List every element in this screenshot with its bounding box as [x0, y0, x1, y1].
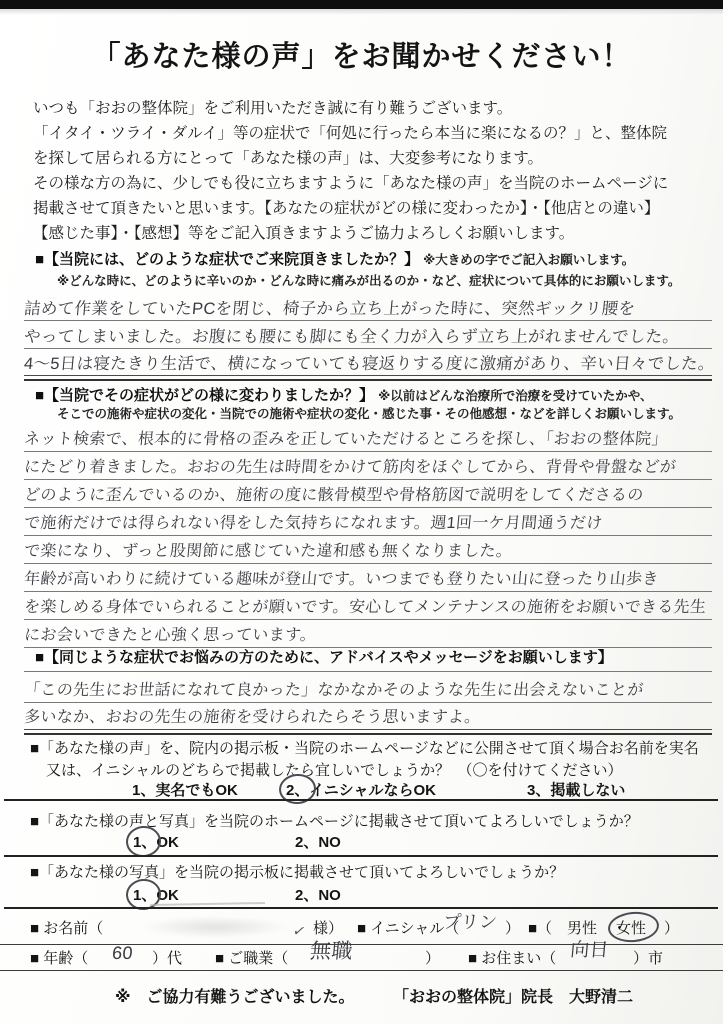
question2-title: ■【当院でその症状がどの様に変わりましたか？】	[35, 387, 374, 404]
handwritten-text: やってしまいました。お腹にも腰にも脚にも全く力が入らず立ち上がれませんでした。	[23, 328, 680, 348]
field-row-underline	[0, 944, 723, 945]
intro-line: 【感じた事】・【感想】等をご記入頂きますようご協力よろしくお願いします。	[33, 221, 701, 246]
question3-header: ■【同じような症状でお悩みの方のために、アドバイスやメッセージをお願いします】	[35, 646, 613, 667]
question2-note: ※以前はどんな治療所で治療を受けていたかや、	[378, 389, 652, 403]
double-rule	[24, 729, 712, 735]
intro-line: を探して居られる方にとって「あなた様の声」は、大変参考になります。	[33, 146, 701, 171]
gender-field-close: ）	[664, 917, 679, 938]
footer-thanks: ※ ご協力有難うございました。	[115, 984, 355, 1007]
name-field-suffix: 様）	[313, 917, 343, 938]
scan-edge-artifact	[0, 0, 723, 9]
scanned-survey-page: 「あなた様の声」をお聞かせください！ いつも「おおの整体院」をご利用いただき誠に…	[0, 0, 723, 1024]
consent-name-line2: 又は、イニシャルのどちらで掲載したら宜しいでしょうか？ （〇を付けてください）	[46, 759, 622, 780]
age-field-label: ■ 年齢（	[30, 947, 88, 968]
erased-name-smudge	[140, 916, 290, 938]
answer-line: で楽になり、ずっと股関節に感じていた違和感も無くなりました。	[24, 536, 712, 564]
name-field-label: ■ お名前（	[30, 917, 103, 938]
intro-paragraph: いつも「おおの整体院」をご利用いただき誠に有り難うございます。 「イタイ・ツライ…	[33, 96, 701, 246]
question3-title: ■【同じような症状でお悩みの方のために、アドバイスやメッセージをお願いします】	[35, 649, 613, 666]
handwritten-text: 「この先生にお世話になれて良かった」なかなかそのような先生に出会えないことが	[23, 682, 644, 702]
answer-line: どのように歪んでいるのか、施術の度に骸骨模型や骨格筋図で説明をしてくださるの	[24, 480, 712, 508]
question1-answer-area: 詰めて作業をしていたPCを閉じ、椅子から立ち上がった時に、突然ギックリ腰を やっ…	[24, 292, 712, 381]
city-handwritten-value: 向日	[569, 941, 610, 964]
question2-answer-area: ネット検索で、根本的に骨格の歪みを正していただけるところを探し、「おおの整体院」…	[24, 424, 712, 648]
option-photo-no: 2、NO	[295, 884, 341, 905]
handwritten-text: にお会いできたと心強く思っています。	[23, 627, 317, 647]
handwritten-text: で楽になり、ずっと股関節に感じていた違和感も無くなりました。	[23, 543, 513, 563]
handwritten-text: 詰めて作業をしていたPCを閉じ、椅子から立ち上がった時に、突然ギックリ腰を	[23, 300, 636, 320]
city-field-suffix: ）市	[633, 947, 663, 968]
question1-title: ■【当院には、どのような症状でご来院頂きましたか？】	[35, 251, 419, 268]
footer-signature: 「おおの整体院」院長 大野清二	[393, 984, 633, 1007]
initial-handwritten-value: プリン	[442, 913, 498, 935]
intro-line: 掲載させて頂きたいと思います。【あなたの症状がどの様に変わったか】・【他店との違…	[33, 196, 701, 221]
handwritten-text: 多いなか、おおの先生の施術を受けられたらそう思いますよ。	[23, 709, 481, 729]
age-handwritten-value: 60	[111, 944, 134, 966]
option-voice-photo-no: 2、NO	[295, 831, 341, 852]
job-field-close: ）	[425, 947, 440, 968]
check-mark: ✓	[291, 921, 308, 940]
answer-line: 多いなか、おおの先生の施術を受けられたらそう思いますよ。	[24, 703, 712, 729]
intro-line: その様な方の為に、少しでも役に立ちますように「あなた様の声」を当院のホームページ…	[33, 171, 701, 196]
section-divider	[4, 907, 718, 909]
question2-subnote: そこでの施術や症状の変化・当院での施術や症状の変化・感じた事・その他感想・などを…	[57, 404, 681, 422]
city-field-label: ■ お住まい（	[468, 947, 556, 968]
consent-name-line1: ■「あなた様の声」を、院内の掲示板・当院のホームページなどに公開させて頂く場合お…	[30, 737, 699, 758]
page-title: 「あなた様の声」をお聞かせください！	[0, 34, 723, 75]
option-real-name: 1、実名でもOK	[132, 779, 238, 800]
handwritten-text: どのように歪んでいるのか、施術の度に骸骨模型や骨格筋図で説明をしてくださるの	[23, 487, 644, 507]
answer-line: を楽しめる身体でいられることが願いです。安心してメンテナンスの施術をお願いできる…	[24, 592, 712, 620]
scan-edge-shadow	[0, 9, 723, 15]
handwritten-text: 年齢が高いわりに続けている趣味が登山です。いつまでも登りたい山に登ったり山歩き	[23, 571, 659, 591]
answer-line: 詰めて作業をしていたPCを閉じ、椅子から立ち上がった時に、突然ギックリ腰を	[24, 292, 712, 321]
handwritten-text: 4〜5日は寝たきり生活で、横になっていても寝返りする度に激痛があり、辛い日々でし…	[23, 355, 715, 375]
selection-circle-female	[607, 910, 660, 944]
handwritten-text: を楽しめる身体でいられることが願いです。安心してメンテナンスの施術をお願いできる…	[23, 599, 707, 619]
double-rule	[24, 375, 712, 381]
section-divider	[4, 855, 718, 857]
answer-line: ネット検索で、根本的に骨格の歪みを正していただけるところを探し、「おおの整体院」	[24, 424, 712, 452]
question1-header: ■【当院には、どのような症状でご来院頂きましたか？】※大きめの字でご記入お願いし…	[35, 248, 634, 269]
answer-line: にたどり着きました。おおの先生は時間をかけて筋肉をほぐしてから、背骨や骨盤などが	[24, 452, 712, 480]
answer-line: やってしまいました。お腹にも腰にも脚にも全く力が入らず立ち上がれませんでした。	[24, 321, 712, 349]
field-row-underline	[0, 970, 723, 971]
answer-line: で施術だけでは得られない得をした気持ちになれます。週1回一ケ月間通うだけ	[24, 508, 712, 536]
section-divider	[4, 799, 718, 801]
job-handwritten-value: 無職	[309, 940, 354, 965]
age-field-suffix: ）代	[152, 947, 182, 968]
handwritten-text: ネット検索で、根本的に骨格の歪みを正していただけるところを探し、「おおの整体院」	[23, 431, 668, 451]
question2-header: ■【当院でその症状がどの様に変わりましたか？】※以前はどんな治療所で治療を受けて…	[35, 384, 652, 405]
question3-answer-area: 「この先生にお世話になれて良かった」なかなかそのような先生に出会えないことが 多…	[24, 666, 712, 735]
answer-line: 年齢が高いわりに続けている趣味が登山です。いつまでも登りたい山に登ったり山歩き	[24, 564, 712, 592]
handwritten-text: にたどり着きました。おおの先生は時間をかけて筋肉をほぐしてから、背骨や骨盤などが	[23, 459, 677, 479]
intro-line: いつも「おおの整体院」をご利用いただき誠に有り難うございます。	[33, 96, 701, 121]
question1-subnote: ※どんな時に、どのように辛いのか・どんな時に痛みが出るのか・など、症状について具…	[57, 271, 680, 289]
consent-voice-photo-question: ■「あなた様の声と写真」を当院のホームページに掲載させて頂いてよろしいでしょうか…	[30, 810, 639, 831]
option-no-publish: 3、掲載しない	[527, 779, 625, 800]
answer-line: 「この先生にお世話になれて良かった」なかなかそのような先生に出会えないことが	[24, 672, 712, 703]
job-field-label: ■ ご職業（	[215, 947, 288, 968]
intro-line: 「イタイ・ツライ・ダルイ」等の症状で「何処に行ったら本当に楽になるの？」と、整体…	[33, 121, 701, 146]
handwritten-text: で施術だけでは得られない得をした気持ちになれます。週1回一ケ月間通うだけ	[23, 515, 603, 535]
consent-photo-question: ■「あなた様の写真」を当院の掲示板に掲載させて頂いてよろしいでしょうか？	[30, 861, 564, 882]
question1-note: ※大きめの字でご記入お願いします。	[423, 253, 634, 267]
answer-line: にお会いできたと心強く思っています。	[24, 620, 712, 648]
answer-line: 4〜5日は寝たきり生活で、横になっていても寝返りする度に激痛があり、辛い日々でし…	[24, 349, 712, 375]
initial-field-close: ）	[505, 917, 520, 938]
